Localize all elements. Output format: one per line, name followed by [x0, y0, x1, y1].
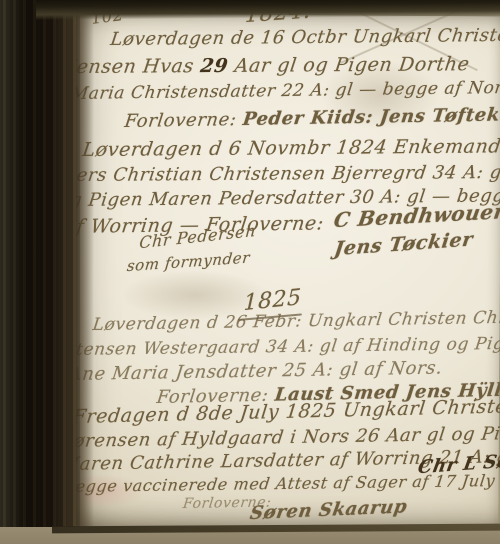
- entry1-witness-signatures: Peder Kiids: Jens Tøfteke: [242, 104, 500, 130]
- entry1-line2-rest: Aar gl og Pigen Dorthe: [227, 53, 471, 77]
- book-spine-texture: [0, 0, 80, 527]
- entry2-line2: ders Christian Christensen Bjerregrd 34 …: [63, 162, 500, 186]
- entry1-line2: Jensen Hvas 29 Aar gl og Pigen Dorthe: [67, 53, 471, 78]
- entry1-witness-label: Forloverne:: [123, 109, 244, 132]
- page-bottom-edge: [52, 524, 500, 534]
- entry1-line1: Løverdagen de 16 Octbr Ungkarl Christen: [109, 25, 500, 50]
- entry1-age-number: 29: [199, 55, 230, 77]
- manuscript-scan: 102 1824. Løverdagen de 16 Octbr Ungkarl…: [0, 0, 500, 544]
- entry2-line1: Løverdagen d 6 Novmbr 1824 Enkemand An=: [81, 135, 500, 161]
